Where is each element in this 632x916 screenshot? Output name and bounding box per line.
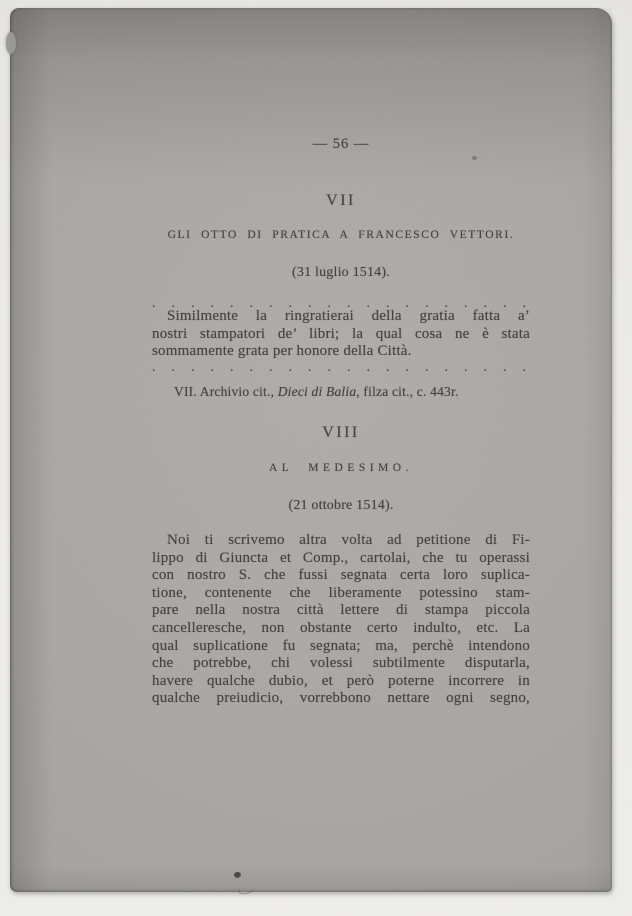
archival-citation: VII. Archivio cit., Dieci di Balia, filz… [152,384,530,400]
citation-suffix: , filza cit., c. 443r. [356,384,458,399]
body-line: con nostro S. che fussi segnata certa lo… [152,567,530,585]
body-line: sommamente grata per honore della Città. [152,343,530,361]
page-number: — 56 — [152,136,530,153]
body-line: lippo di Giuncta et Comp., cartolai, che… [152,550,530,568]
section-viii-date: (21 ottobre 1514). [152,498,530,514]
section-viii-numeral: VIII [152,424,530,442]
book-page-scan: — 56 — VII GLI OTTO DI PRATICA A FRANCES… [0,0,632,916]
ink-spot [234,872,241,878]
paper-fleck [472,156,477,160]
body-line: qual suplicatione fu segnata; ma, perchè… [152,638,530,656]
body-line: nostri stampatori de’ libri; la qual cos… [152,326,530,344]
citation-source-italic: Dieci di Balia [278,384,357,399]
body-line: havere qualche dubio, et però poterne in… [152,673,530,691]
body-line: Similmente la ringratierai della gratia … [152,308,530,326]
body-line: pare nella nostra città lettere di stamp… [152,602,530,620]
body-line: Noi ti scrivemo altra volta ad petitione… [152,532,530,550]
omission-dots-bottom: . . . . . . . . . . . . . . . . . . . . … [152,360,530,376]
section-vii-heading: GLI OTTO DI PRATICA A FRANCESCO VETTORI. [152,229,530,241]
ink-smudge-curl [237,884,254,895]
section-viii-heading: AL MEDESIMO. [152,462,530,474]
paper-edge-bump [6,32,16,54]
body-line: qualche preiudicio, vorrebbono nettare o… [152,690,530,708]
body-line: che potrebbe, chi volessi subtilmente di… [152,655,530,673]
section-vii-numeral: VII [152,192,530,210]
citation-prefix: VII. Archivio cit., [174,384,278,399]
body-line: tione, contenente che liberamente potess… [152,585,530,603]
section-vii-date: (31 luglio 1514). [152,265,530,281]
paper-page: — 56 — VII GLI OTTO DI PRATICA A FRANCES… [10,8,612,892]
body-line: cancelleresche, non obstante certo indul… [152,620,530,638]
